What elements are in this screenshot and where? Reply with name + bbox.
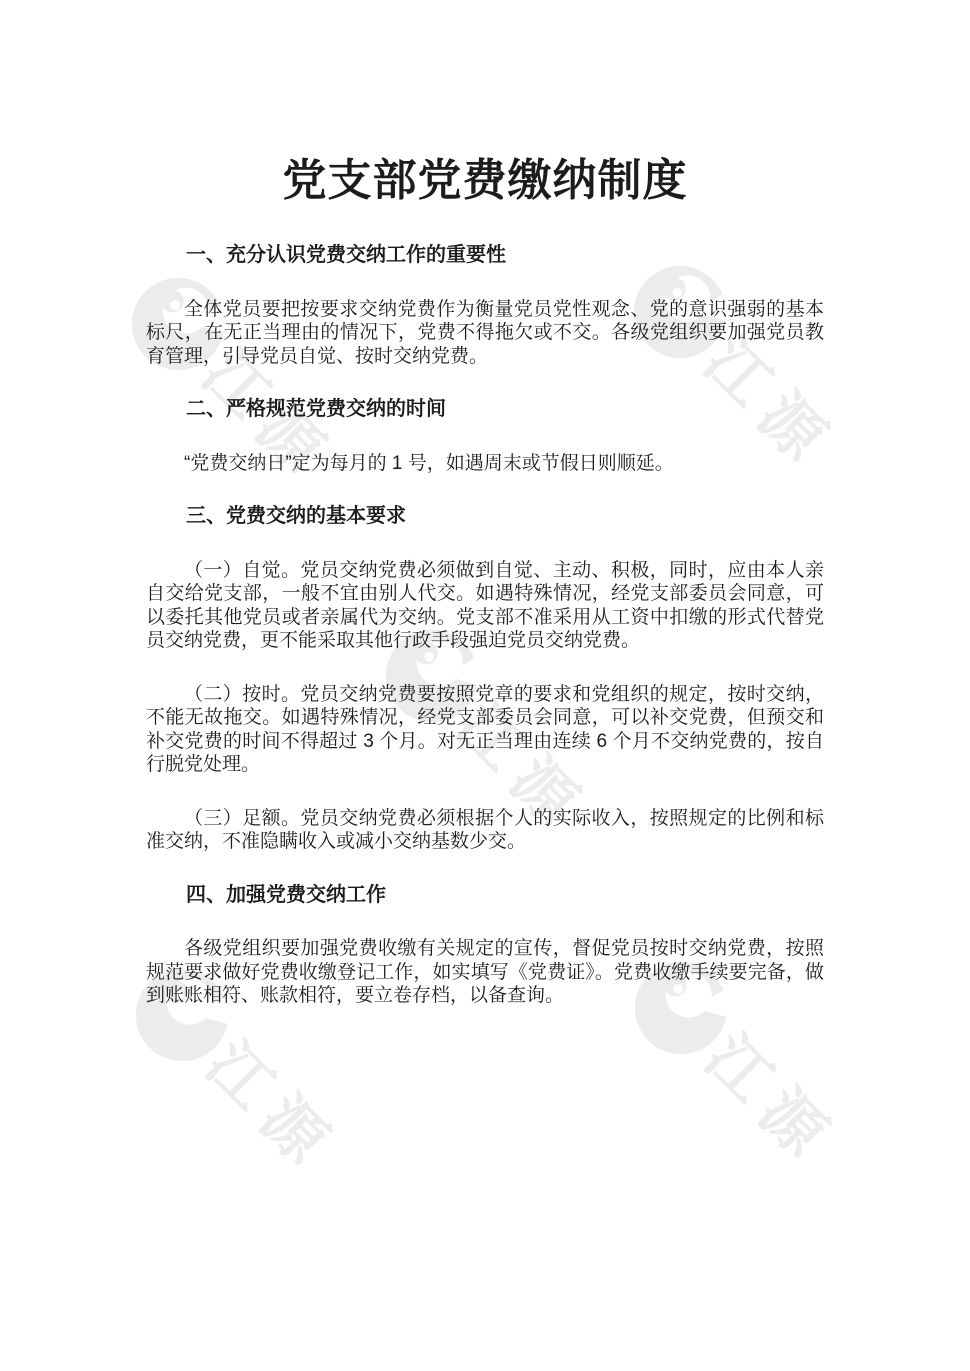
section-heading-4: 四、加强党费交纳工作 xyxy=(146,884,824,908)
paragraph: 各级党组织要加强党费收缴有关规定的宣传，督促党员按时交纳党费，按照规范要求做好党… xyxy=(146,937,824,1008)
paragraph: “党费交纳日”定为每月的 1 号，如遇周末或节假日则顺延。 xyxy=(146,452,824,476)
watermark-text: 江源 xyxy=(694,1025,845,1176)
section-heading-1: 一、充分认识党费交纳工作的重要性 xyxy=(146,244,824,268)
watermark-text: 江源 xyxy=(195,1032,346,1183)
section-heading-2: 二、严格规范党费交纳的时间 xyxy=(146,398,824,422)
paragraph: 全体党员要把按要求交纳党费作为衡量党员党性观念、党的意识强弱的基本标尺，在无正当… xyxy=(146,298,824,369)
paragraph: （二）按时。党员交纳党费要按照党章的要求和党组织的规定，按时交纳，不能无故拖交。… xyxy=(146,683,824,777)
document-content: 党支部党费缴纳制度 一、充分认识党费交纳工作的重要性 全体党员要把按要求交纳党费… xyxy=(146,0,824,1008)
document-page: 江源 江源 江源 xyxy=(0,0,970,1371)
paragraph: （一）自觉。党员交纳党费必须做到自觉、主动、积极，同时，应由本人亲自交给党支部，… xyxy=(146,559,824,653)
watermark-unit: 江源 xyxy=(134,967,135,968)
section-heading-3: 三、党费交纳的基本要求 xyxy=(146,505,824,529)
doc-title: 党支部党费缴纳制度 xyxy=(146,154,824,208)
watermark-unit: 江源 xyxy=(130,276,131,277)
paragraph: （三）足额。党员交纳党费必须根据个人的实际收入，按照规定的比例和标准交纳，不准隐… xyxy=(146,807,824,854)
